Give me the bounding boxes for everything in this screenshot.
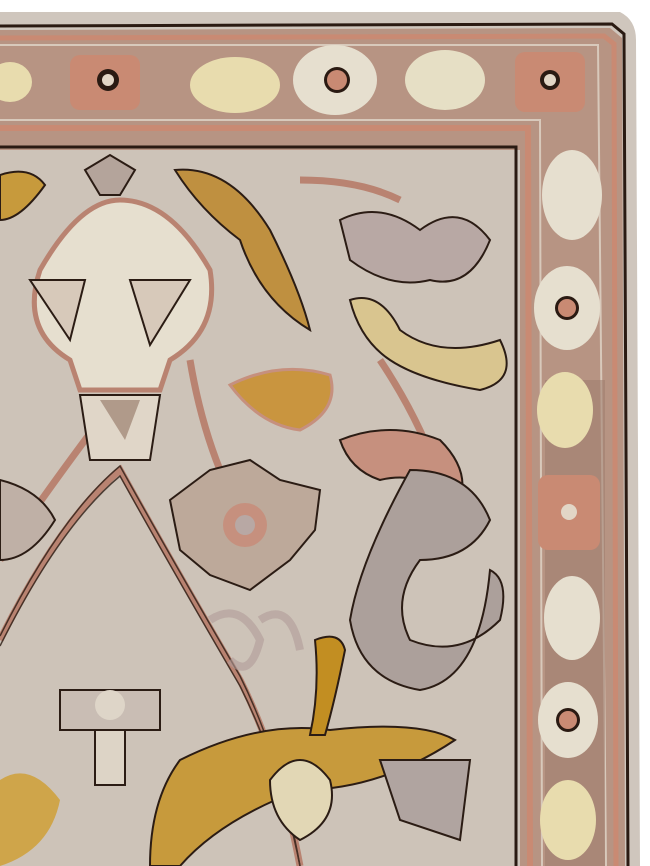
- rug-illustration: [0, 0, 650, 866]
- rug-photo: [0, 0, 650, 866]
